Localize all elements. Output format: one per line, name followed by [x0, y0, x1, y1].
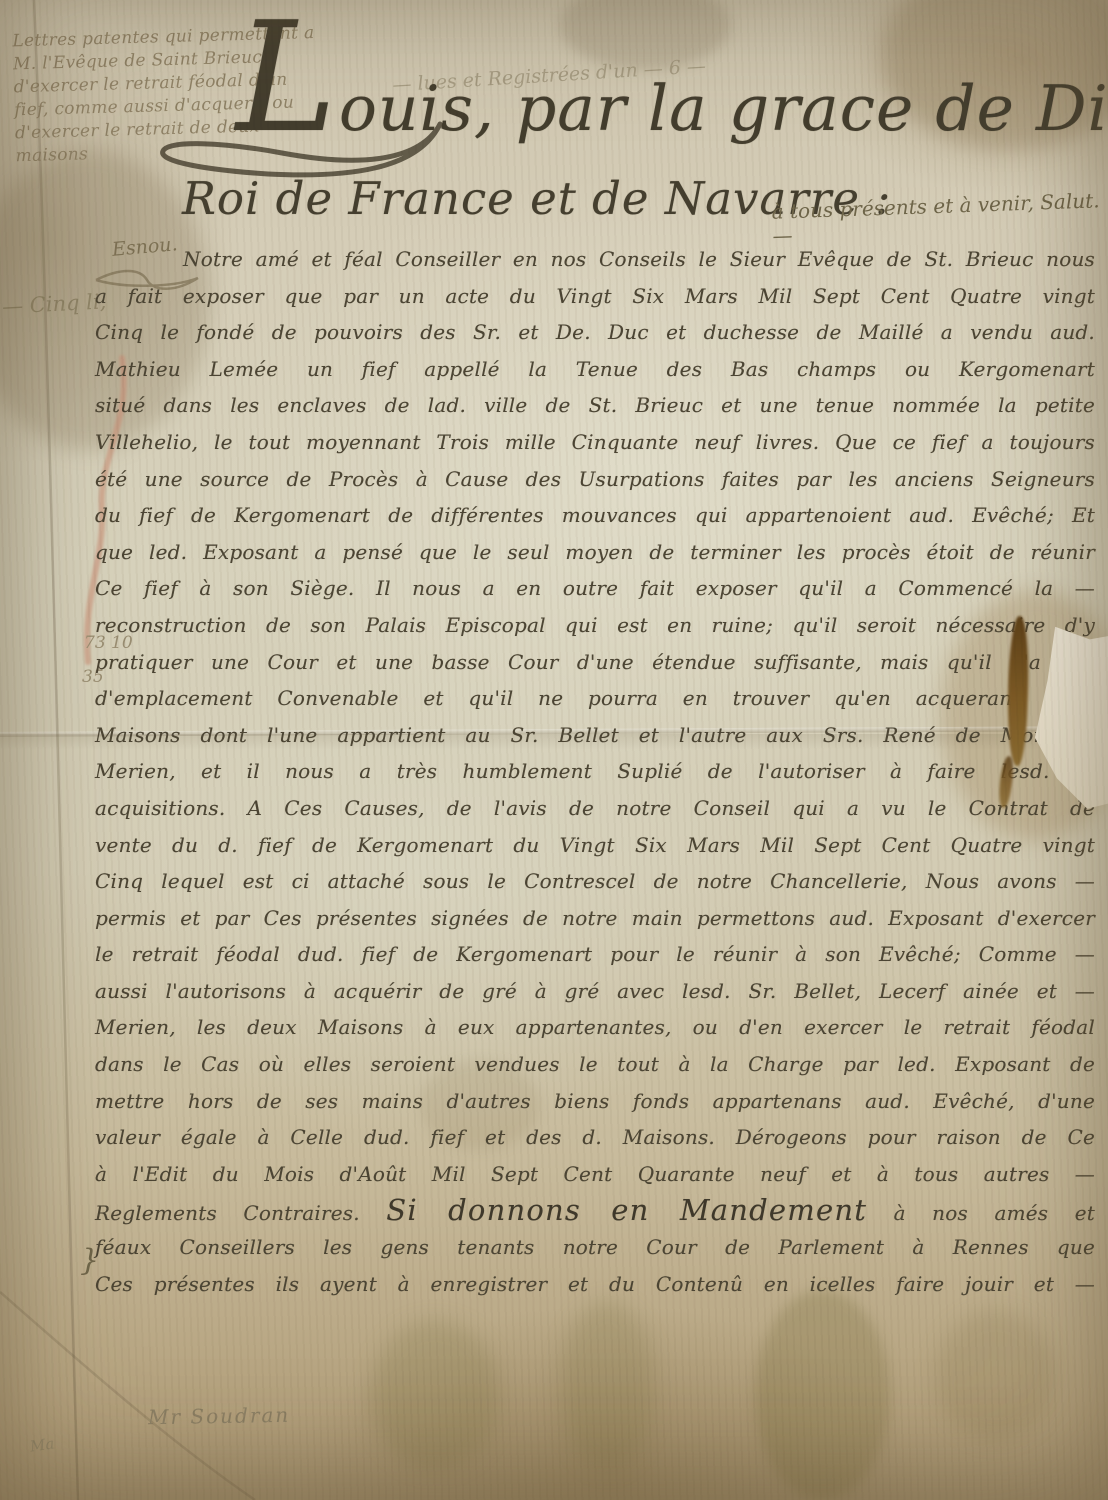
body-line: été une source de Procès à Cause des Usu… — [95, 461, 1095, 498]
body-line: dans le Cas où elles seroient vendues le… — [95, 1046, 1095, 1083]
body-line: situé dans les enclaves de lad. ville de… — [95, 387, 1095, 424]
body-line: Mathieu Lemée un fief appellé la Tenue d… — [95, 351, 1095, 388]
body-line: a fait exposer que par un acte du Vingt … — [95, 278, 1095, 315]
body-line: Villehelio, le tout moyennant Trois mill… — [95, 424, 1095, 461]
footer-signature-note: Mr Soudran — [148, 1405, 291, 1427]
emphasized-phrase: Si donnons en Mandement — [386, 1193, 867, 1227]
heading-line1-text: ouis, par la grace de Dieu , — [339, 77, 1108, 140]
stain-bottom-1 — [370, 1320, 500, 1470]
calligraphic-initial-L: L — [236, 16, 337, 141]
footer-corner-mark: Ma — [29, 1436, 55, 1454]
body-text: Notre amé et féal Conseiller en nos Cons… — [95, 241, 1095, 1302]
body-line: d'emplacement Convenable et qu'il ne pou… — [95, 680, 1095, 717]
body-line: à l'Edit du Mois d'Août Mil Sept Cent Qu… — [95, 1156, 1095, 1193]
heading-salutation: à tous présents et à venir, Salut. — — [771, 188, 1102, 247]
body-line: aussi l'autorisons à acquérir de gré à g… — [95, 973, 1095, 1010]
body-line: pratiquer une Cour et une basse Cour d'u… — [95, 644, 1095, 681]
body-line: Notre amé et féal Conseiller en nos Cons… — [95, 241, 1095, 278]
body-line: Maisons dont l'une appartient au Sr. Bel… — [95, 717, 1095, 754]
bottom-left-diagonal-crease — [0, 1272, 260, 1500]
manuscript-page: Lettres patentes qui permettent aM. l'Ev… — [0, 0, 1108, 1500]
stain-bottom-3 — [755, 1290, 890, 1500]
body-line: féaux Conseillers les gens tenants notre… — [95, 1229, 1095, 1266]
body-line: que led. Exposant a pensé que le seul mo… — [95, 534, 1095, 571]
body-line: Cinq le fondé de pouvoirs des Sr. et De.… — [95, 314, 1095, 351]
heading-louis: Louis, par la grace de Dieu , — [236, 16, 1108, 141]
body-line: vente du d. fief de Kergomenart du Vingt… — [95, 827, 1095, 864]
margin-annotation-cinq-li: — Cinq li, — [1, 289, 106, 318]
body-line: mettre hors de ses mains d'autres biens … — [95, 1083, 1095, 1120]
body-line: acquisitions. A Ces Causes, de l'avis de… — [95, 790, 1095, 827]
body-line: Merien, et il nous a très humblement Sup… — [95, 753, 1095, 790]
body-line: Ce fief à son Siège. Il nous a en outre … — [95, 570, 1095, 607]
stain-bottom-4 — [935, 1310, 1055, 1440]
body-line: Ces présentes ils ayent à enregistrer et… — [95, 1266, 1095, 1303]
body-line: le retrait féodal dud. fief de Kergomena… — [95, 936, 1095, 973]
body-line: Merien, les deux Maisons à eux appartena… — [95, 1009, 1095, 1046]
body-line: Reglements Contraires. Si donnons en Man… — [95, 1192, 1095, 1229]
stain-bottom-2 — [560, 1300, 655, 1470]
body-line: du fief de Kergomenart de différentes mo… — [95, 497, 1095, 534]
body-line: permis et par Ces présentes signées de n… — [95, 900, 1095, 937]
body-line: Cinq lequel est ci attaché sous le Contr… — [95, 863, 1095, 900]
body-line: valeur égale à Celle dud. fief et des d.… — [95, 1119, 1095, 1156]
body-line: reconstruction de son Palais Episcopal q… — [95, 607, 1095, 644]
